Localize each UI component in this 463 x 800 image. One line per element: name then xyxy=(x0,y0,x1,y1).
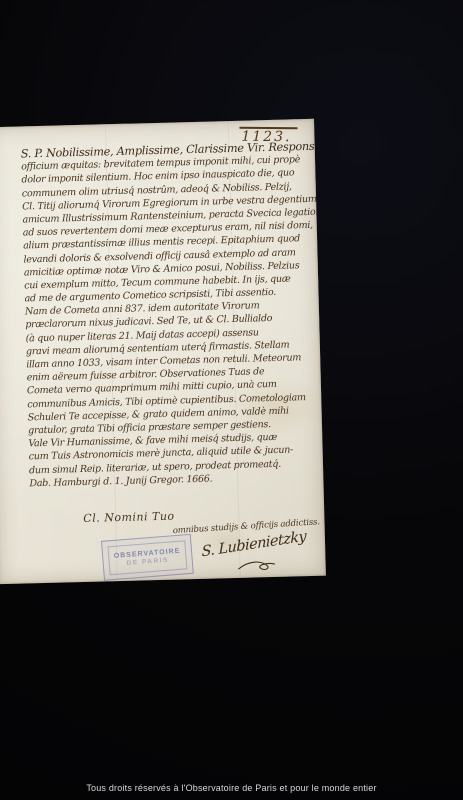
copyright-caption: Tous droits réservés à l'Observatoire de… xyxy=(0,783,463,793)
manuscript-text-block: S. P. Nobilissime, Amplissime, Clarissim… xyxy=(21,140,318,490)
letter-paper: 1123. S. P. Nobilissime, Amplissime, Cla… xyxy=(0,119,326,584)
signature-flourish xyxy=(236,558,276,573)
closing-salutation: Cl. Nomini Tuo xyxy=(83,510,175,525)
photo-background: 1123. S. P. Nobilissime, Amplissime, Cla… xyxy=(0,0,463,800)
observatory-stamp: OBSERVATOIRE DE PARIS xyxy=(101,534,194,581)
observatory-stamp-inner-border: OBSERVATOIRE DE PARIS xyxy=(107,540,187,575)
